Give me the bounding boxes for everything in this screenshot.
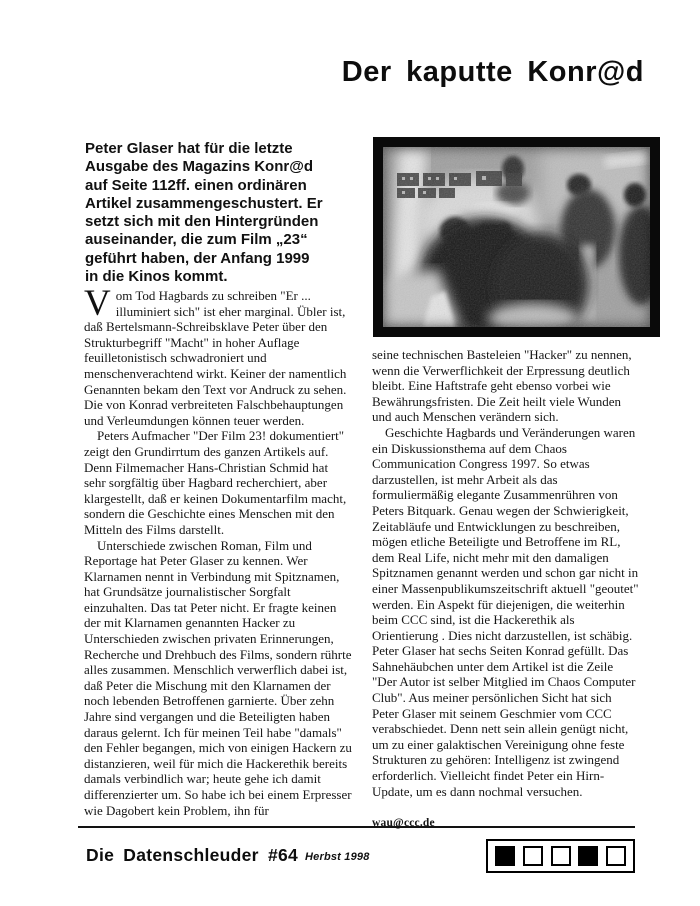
- magazine-page: Der kaputte Konr@d Peter Glaser hat für …: [0, 0, 700, 906]
- body-paragraph-3: Unterschiede zwischen Roman, Film und Re…: [84, 538, 352, 819]
- author-email: wau@ccc.de: [372, 816, 640, 832]
- video-still-image: [383, 147, 650, 327]
- article-column-left: Vom Tod Hagbards zu schreiben "Er ... il…: [84, 288, 352, 818]
- body-paragraph-1-text: om Tod Hagbards zu schreiben "Er ... ill…: [84, 288, 346, 428]
- dropcap-letter: V: [84, 288, 116, 318]
- body-paragraph-4: seine technischen Basteleien "Hacker" zu…: [372, 347, 640, 425]
- footer-divider: [78, 826, 635, 828]
- marker-square-empty: [523, 846, 543, 866]
- body-paragraph-5: Geschichte Hagbards und Veränderungen wa…: [372, 425, 640, 799]
- article-photo-frame: [373, 137, 660, 337]
- marker-square-filled: [578, 846, 598, 866]
- issue-date: Herbst 1998: [305, 851, 370, 863]
- marker-square-empty: [606, 846, 626, 866]
- publication-name: Die Datenschleuder #64: [86, 845, 298, 866]
- marker-square-empty: [551, 846, 571, 866]
- article-column-right: seine technischen Basteleien "Hacker" zu…: [372, 347, 640, 832]
- body-paragraph-2: Peters Aufmacher "Der Film 23! dokumenti…: [84, 428, 352, 537]
- marker-square-filled: [495, 846, 515, 866]
- body-paragraph-1: Vom Tod Hagbards zu schreiben "Er ... il…: [84, 288, 352, 428]
- page-title: Der kaputte Konr@d: [342, 56, 644, 89]
- intro-paragraph: Peter Glaser hat für die letzte Ausgabe …: [85, 140, 347, 286]
- page-marker-box: [486, 839, 635, 873]
